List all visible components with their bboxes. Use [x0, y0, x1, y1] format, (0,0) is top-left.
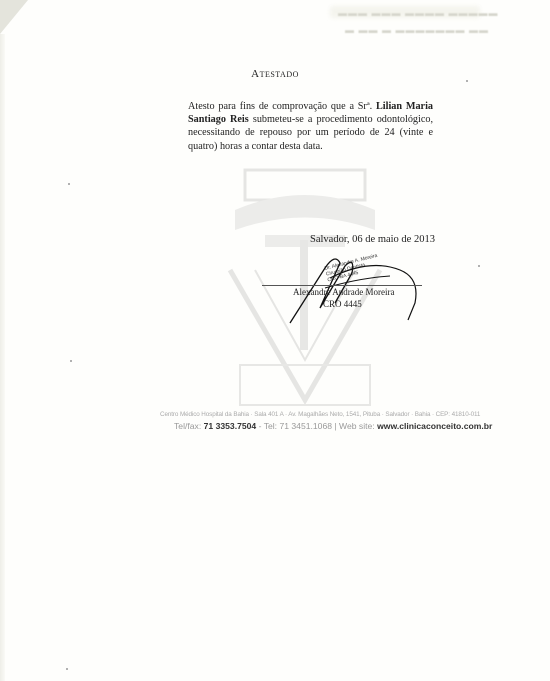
scan-speck [466, 80, 468, 82]
scan-speck [66, 668, 68, 670]
signature-line [262, 285, 422, 286]
bleed-through-text: ▬▬▬ ▬▬▬ ▬▬▬▬ ▬▬▬▬▬ [338, 8, 499, 18]
tel-label: - Tel: 71 3451.1068 | Web site: [259, 421, 375, 431]
scan-speck [68, 183, 70, 185]
folded-corner [0, 0, 28, 34]
date-line: Salvador, 06 de maio de 2013 [310, 234, 435, 245]
page-edge [0, 34, 5, 681]
signer-name: Alexandre Andrade Moreira [293, 287, 423, 297]
scan-speck [478, 265, 480, 267]
telfax-label: Tel/fax: [174, 421, 201, 431]
body-intro: Atesto para fins de comprovação que a Sr… [188, 101, 372, 112]
bleed-through-text: ▬ ▬▬ ▬ ▬▬▬▬▬▬▬ ▬▬ [345, 25, 489, 35]
telfax-number: 71 3353.7504 [204, 421, 257, 431]
attestation-body: Atesto para fins de comprovação que a Sr… [188, 100, 433, 153]
signer-registration: CRO 4445 [323, 299, 362, 309]
scanned-page: ▬▬▬ ▬▬▬ ▬▬▬▬ ▬▬▬▬▬ ▬ ▬▬ ▬ ▬▬▬▬▬▬▬ ▬▬ Ate… [0, 0, 550, 681]
document-title: Atestado [0, 68, 550, 80]
footer-address: Centro Médico Hospital da Bahia · Sala 4… [160, 411, 520, 418]
footer-contact: Tel/fax: 71 3353.7504 - Tel: 71 3451.106… [174, 421, 534, 431]
website-link[interactable]: www.clinicaconceito.com.br [377, 421, 492, 431]
scan-speck [70, 360, 72, 362]
